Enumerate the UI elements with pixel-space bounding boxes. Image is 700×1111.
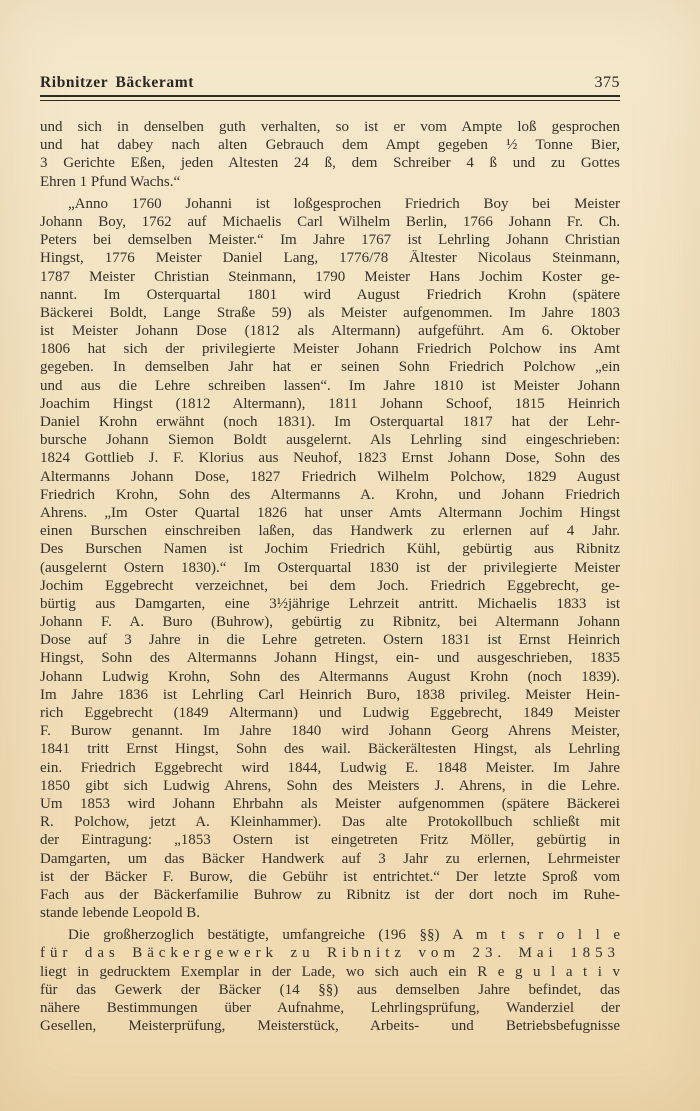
text-line: F. Burow genannt. Im Jahre 1840 wird Joh… (40, 722, 620, 740)
text-line: Peters bei demselben Meister.“ Im Jahre … (40, 231, 620, 249)
text-line: Ahrens. „Im Oster Quartal 1826 hat unser… (40, 504, 620, 522)
text-line: liegt in gedrucktem Exemplar in der Lade… (40, 963, 620, 981)
text-line: für das Bäckergewerk zu Ribnitz vom 23. … (40, 944, 620, 962)
text-line: bürtig aus Damgarten, eine 3½jährige Leh… (40, 595, 620, 613)
text-line: Hingst, Sohn des Altermanns Johann Hings… (40, 649, 620, 667)
text-line: „Anno 1760 Johanni ist loßgesprochen Fri… (40, 195, 620, 213)
page-header: Ribnitzer Bäckeramt 375 (40, 74, 620, 92)
header-double-rule (40, 95, 620, 101)
text-line: Die großherzoglich bestätigte, umfangrei… (40, 926, 620, 944)
text-line: stande lebende Leopold B. (40, 904, 620, 922)
text-line: Friedrich Krohn, Sohn des Altermanns A. … (40, 486, 620, 504)
text-line: Jochim Eggebrecht verzeichnet, bei dem J… (40, 577, 620, 595)
paragraph: und sich in denselben guth verhalten, so… (40, 118, 620, 191)
text-line: 1850 gibt sich Ludwig Ahrens, Sohn des M… (40, 777, 620, 795)
book-page: Ribnitzer Bäckeramt 375 und sich in dens… (0, 0, 700, 1111)
text-line: und sich in denselben guth verhalten, so… (40, 118, 620, 136)
text-line: ein. Friedrich Eggebrecht wird 1844, Lud… (40, 759, 620, 777)
text-line: Dose auf 3 Jahre in die Lehre getreten. … (40, 631, 620, 649)
paragraph: „Anno 1760 Johanni ist loßgesprochen Fri… (40, 195, 620, 923)
page-text: und sich in denselben guth verhalten, so… (40, 118, 620, 1035)
text-line: Johann F. A. Buro (Buhrow), gebürtig zu … (40, 613, 620, 631)
text-line: Johann Boy, 1762 auf Michaelis Carl Wilh… (40, 213, 620, 231)
text-line: einen Burschen einschreiben laßen, das H… (40, 522, 620, 540)
text-line: und hat dabey nach alten Gebrauch dem Am… (40, 136, 620, 154)
text-line: Bäckerei Boldt, Lange Straße 59) als Mei… (40, 304, 620, 322)
text-line: und aus die Lehre schreiben lassen“. Im … (40, 377, 620, 395)
text-line: Altermanns Johann Dose, 1827 Friedrich W… (40, 468, 620, 486)
text-line: Um 1853 wird Johann Ehrbahn als Meister … (40, 795, 620, 813)
text-line: Ehren 1 Pfund Wachs.“ (40, 173, 620, 191)
text-line: Gesellen, Meisterprüfung, Meisterstück, … (40, 1017, 620, 1035)
text-line: bursche Johann Siemon Boldt ausgelernt. … (40, 431, 620, 449)
text-line: Joachim Hingst (1812 Altermann), 1811 Jo… (40, 395, 620, 413)
text-line: nähere Bestimmungen über Aufnahme, Lehrl… (40, 999, 620, 1017)
text-line: Damgarten, um das Bäcker Handwerk auf 3 … (40, 850, 620, 868)
text-line: Des Burschen Namen ist Jochim Friedrich … (40, 540, 620, 558)
text-line: 1824 Gottlieb J. F. Klorius aus Neuhof, … (40, 449, 620, 467)
text-line: R. Polchow, jetzt A. Kleinhammer). Das a… (40, 813, 620, 831)
text-line: rich Eggebrecht (1849 Altermann) und Lud… (40, 704, 620, 722)
text-line: Johann Ludwig Krohn, Sohn des Altermanns… (40, 668, 620, 686)
page-number: 375 (595, 74, 621, 92)
text-line: 1841 tritt Ernst Hingst, Sohn des wail. … (40, 740, 620, 758)
paragraph: Die großherzoglich bestätigte, umfangrei… (40, 926, 620, 1035)
text-line: 3 Gerichte Eßen, jeden Altesten 24 ß, de… (40, 154, 620, 172)
running-header-title: Ribnitzer Bäckeramt (40, 74, 194, 92)
text-line: 1787 Meister Christian Steinmann, 1790 M… (40, 268, 620, 286)
text-line: der Eintragung: „1853 Ostern ist eingetr… (40, 831, 620, 849)
text-line: für das Gewerk der Bäcker (14 §§) aus de… (40, 981, 620, 999)
text-line: Fach aus der Bäckerfamilie Buhrow zu Rib… (40, 886, 620, 904)
text-line: ist Meister Johann Dose (1812 als Alterm… (40, 322, 620, 340)
text-line: ist der Bäcker F. Burow, die Gebühr ist … (40, 868, 620, 886)
text-line: Im Jahre 1836 ist Lehrling Carl Heinrich… (40, 686, 620, 704)
text-line: nannt. Im Osterquartal 1801 wird August … (40, 286, 620, 304)
text-line: Daniel Krohn erwähnt (noch 1831). Im Ost… (40, 413, 620, 431)
text-line: gegeben. In demselben Jahr hat er seinen… (40, 358, 620, 376)
text-line: (ausgelernt Ostern 1830).“ Im Osterquart… (40, 559, 620, 577)
text-line: 1806 hat sich der privilegierte Meister … (40, 340, 620, 358)
text-line: Hingst, 1776 Meister Daniel Lang, 1776/7… (40, 249, 620, 267)
